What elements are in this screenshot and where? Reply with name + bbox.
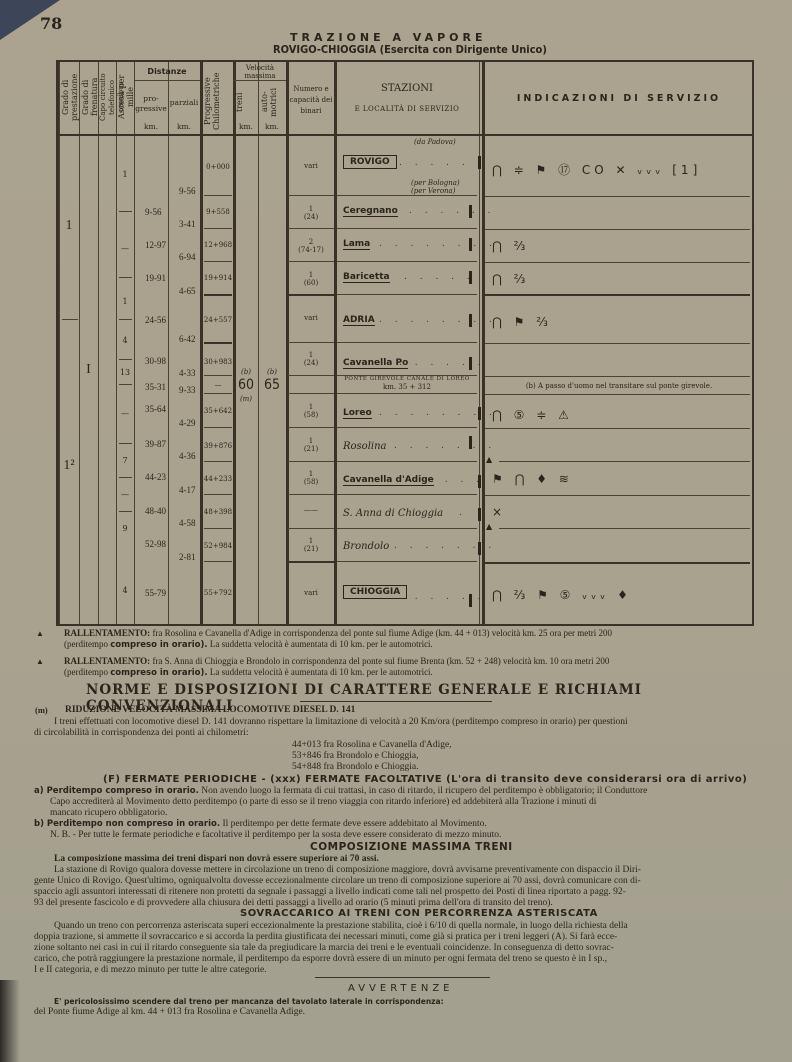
icons-baricetta: ⋂ ⅔ — [492, 272, 529, 286]
velocita-auto-note: (b) — [258, 368, 286, 376]
page-subtitle: ROVIGO-CHIOGGIA (Esercita con Dirigente … — [273, 43, 547, 56]
parziali-km: 3-41 — [179, 219, 196, 229]
station-ceregnano: Ceregnano — [343, 206, 398, 216]
rallentamento-1: RALLENTAMENTO: fra Rosolina e Cavanella … — [64, 628, 784, 651]
ponte-girevole-km: km. 35 + 312 — [337, 383, 477, 391]
header-progressive: pro-gressive — [134, 94, 168, 114]
progressive-km: 19-91 — [145, 273, 166, 283]
progressive-km: 24-56 — [145, 315, 166, 325]
rallentamento-2: RALLENTAMENTO: fra S. Anna di Chioggia e… — [64, 656, 784, 679]
header-velocita: Velocità massima — [234, 64, 286, 80]
chilometrica: 30+983 — [203, 358, 233, 366]
page-edge-shadow — [0, 980, 20, 1062]
progressive-km: 44-23 — [145, 472, 166, 482]
riduzione-km: 53+846 fra Brondolo e Chioggia, — [292, 751, 418, 762]
composizione-heading: COMPOSIZIONE MASSIMA TRENI — [310, 841, 513, 853]
progressive-km: 9-56 — [145, 207, 162, 217]
progressive-km: 35-31 — [145, 382, 166, 392]
header-km-auto: km. — [258, 122, 286, 132]
chilometrica: 35+642 — [203, 407, 233, 415]
header-km-progressive: km. — [134, 122, 168, 132]
fermate-heading: (F) FERMATE PERIODICHE - (xxx) FERMATE F… — [103, 774, 747, 785]
triangle-marker-icon: ▲ — [486, 522, 492, 531]
composizione-line: La stazione di Rovigo qualora dovesse me… — [54, 865, 792, 876]
grado-prestazione-1: 1 — [59, 218, 79, 234]
note-per-verona: (per Verona) — [411, 187, 455, 195]
chilometrica: 24+557 — [203, 316, 233, 324]
binari-ceregnano: 1(24) — [288, 205, 334, 221]
velocita-treni: 60 — [234, 377, 258, 393]
riduzione-title: RIDUZIONE VELOCITÀ MASSIMA LOCOMOTIVE DI… — [65, 705, 355, 716]
icons-adria: ⋂ ⚑ ⅔ — [492, 315, 552, 329]
header-ascesa: Ascesa per mille — [117, 66, 133, 128]
parziali-km: 4-29 — [179, 418, 196, 428]
velocita-automotrici: 65 — [258, 377, 286, 393]
grado-prestazione-2: 1² — [59, 458, 79, 474]
ascesa-value: 4 — [116, 336, 134, 345]
chilometrica: 9+558 — [203, 208, 233, 216]
ascesa-value: — — [116, 244, 134, 253]
fermate-line: Capo accrediterà al Movimento detto perd… — [50, 797, 790, 808]
triangle-marker-icon: ▲ — [36, 656, 44, 667]
station-rosolina: Rosolina — [343, 441, 387, 452]
avvertenze-line: del Ponte fiume Adige al km. 44 + 013 fr… — [34, 1007, 305, 1018]
ponte-girevole-note: (b) A passo d'uomo nel transitare sul po… — [485, 382, 753, 390]
station-rovigo: ROVIGO — [343, 157, 397, 167]
binari-s-anna: —— — [288, 506, 334, 514]
header-progressive-chilometriche: Progressive Chilometriche — [203, 70, 231, 132]
page-number: 78 — [40, 14, 62, 33]
ponte-girevole: PONTE GIREVOLE CANALE DI LOREO — [337, 376, 477, 382]
sovraccarico-line: carico, che potrà raggiungere la prestaz… — [34, 954, 792, 965]
riduzione-line: I treni effettuati con locomotive diesel… — [54, 717, 792, 728]
binari-loreo: 1(58) — [288, 403, 334, 419]
sovraccarico-line: doppia trazione, si ammette il sovraccar… — [34, 932, 792, 943]
ascesa-value: — — [116, 409, 134, 418]
chilometrica: 44+233 — [203, 475, 233, 483]
station-loreo: Loreo — [343, 408, 372, 418]
parziali-km: 4-33 — [179, 368, 196, 378]
ascesa-value: — — [116, 490, 134, 499]
header-grado-prestazione: Grado di prestazione — [61, 66, 77, 128]
icons-lama: ⋂ ⅔ — [492, 239, 529, 253]
chilometrica: 0+000 — [203, 163, 233, 171]
icons-s-anna: × — [492, 505, 506, 519]
riduzione-km: 54+848 fra Brondolo e Chioggia. — [292, 762, 418, 773]
progressive-km: 35-64 — [145, 404, 166, 414]
sovraccarico-line: Quando un treno con percorrenza asterisc… — [54, 921, 792, 932]
station-brondolo: Brondolo — [343, 541, 389, 552]
ascesa-value: 7 — [116, 456, 134, 465]
header-distanze: Distanze — [134, 67, 200, 77]
header-parziali: parziali — [168, 98, 200, 108]
progressive-km: 52-98 — [145, 539, 166, 549]
note-per-bologna: (per Bologna) — [411, 179, 460, 187]
icons-chioggia: ⋂ ⅔ ⚑ ⑤ ᵥᵥᵥ ♦ — [492, 588, 632, 602]
chilometrica: 12+968 — [203, 241, 233, 249]
binari-brondolo: 1(21) — [288, 537, 334, 553]
sovraccarico-heading: SOVRACCARICO AI TRENI CON PERCORRENZA AS… — [240, 908, 598, 919]
parziali-km: 9-56 — [179, 186, 196, 196]
grado-frenatura: I — [79, 362, 98, 378]
binari-lama: 2(74-17) — [288, 238, 334, 254]
station-chioggia: CHIOGGIA — [343, 587, 407, 597]
timetable-grid: Grado di prestazione Grado di frenatura … — [56, 60, 754, 626]
fermate-nb: N. B. - Per tutte le fermate periodiche … — [50, 830, 790, 841]
station-adria: ADRIA — [343, 315, 375, 325]
avvertenze-heading: AVVERTENZE — [348, 983, 454, 994]
header-localita: E LOCALITÀ DI SERVIZIO — [337, 104, 477, 114]
header-treni: treni — [235, 84, 257, 120]
chilometrica: 19+914 — [203, 274, 233, 282]
progressive-km: 48-40 — [145, 506, 166, 516]
ascesa-value: 9 — [116, 524, 134, 533]
header-km-parziali: km. — [168, 122, 200, 132]
ascesa-value: 13 — [116, 368, 134, 377]
document-page: 78 TRAZIONE A VAPORE ROVIGO-CHIOGGIA (Es… — [0, 0, 792, 1062]
chilometrica: 55+792 — [203, 589, 233, 597]
triangle-marker-icon: ▲ — [486, 455, 492, 464]
parziali-km: 4-36 — [179, 451, 196, 461]
parziali-km: 2-81 — [179, 552, 196, 562]
header-capo-circuito: Capo circuito telefonico omnibus — [99, 64, 115, 130]
velocita-treni-sub: (m) — [234, 395, 258, 403]
icons-cavanella-adige: ⚑ ⋂ ♦ ≋ — [492, 472, 573, 486]
ascesa-value: 1 — [116, 170, 134, 179]
chilometrica: — — [203, 381, 233, 389]
binari-cavanella-adige: 1(58) — [288, 470, 334, 486]
parziali-km: 9-33 — [179, 385, 196, 395]
icons-loreo: ⋂ ⑤ ≑ ⚠ — [492, 408, 573, 422]
sovraccarico-line: I e II categoria, e di mezzo minuto per … — [34, 965, 792, 976]
progressive-km: 30-98 — [145, 356, 166, 366]
triangle-marker-icon: ▲ — [36, 628, 44, 639]
progressive-km: 12-97 — [145, 240, 166, 250]
header-indicazioni: INDICAZIONI DI SERVIZIO — [485, 94, 753, 104]
chilometrica: 52+984 — [203, 542, 233, 550]
station-s-anna-di-chioggia: S. Anna di Chioggia — [343, 508, 443, 519]
chilometrica: 48+398 — [203, 508, 233, 516]
note-da-padova: (da Padova) — [414, 138, 456, 146]
binari-cavanella-po: 1(24) — [288, 351, 334, 367]
riduzione-line: di circolabilità in corrispondenza dei p… — [34, 728, 774, 739]
parziali-km: 6-94 — [179, 252, 196, 262]
binari-rovigo: vari — [288, 162, 334, 170]
header-grado-frenatura: Grado di frenatura — [81, 66, 97, 128]
ascesa-value: 4 — [116, 586, 134, 595]
icons-rovigo: ⋂ ≑ ⚑ ⑰ CO ✕ ᵥᵥᵥ [1] — [492, 161, 701, 178]
binari-chioggia: vari — [288, 589, 334, 597]
sovraccarico-line: zione soltanto nei casi in cui il ritard… — [34, 943, 792, 954]
parziali-km: 4-65 — [179, 286, 196, 296]
velocita-treni-note: (b) — [234, 368, 258, 376]
composizione-line: gente Unico di Rovigo. Quest'ultimo, ogn… — [34, 876, 792, 887]
header-automotrici: auto-motrici — [260, 84, 284, 120]
composizione-line: La composizione massima dei treni dispar… — [54, 854, 792, 865]
composizione-line: spaccio agli assuntori interessati di ri… — [34, 887, 792, 898]
header-km-treni: km. — [234, 122, 258, 132]
riduzione-marker: (m) — [35, 705, 48, 716]
binari-baricetta: 1(60) — [288, 271, 334, 287]
parziali-km: 4-58 — [179, 518, 196, 528]
progressive-km: 55-79 — [145, 588, 166, 598]
station-cavanella-adige: Cavanella d'Adige — [343, 475, 434, 485]
ascesa-value: 1 — [116, 297, 134, 306]
avvertenze-line: E' pericolosissimo scendere dal treno pe… — [54, 996, 444, 1007]
chilometrica: 39+876 — [203, 442, 233, 450]
header-binari: Numero e capacità dei binari — [288, 84, 334, 117]
binari-adria: vari — [288, 314, 334, 322]
station-lama: Lama — [343, 239, 370, 249]
parziali-km: 4-17 — [179, 485, 196, 495]
riduzione-km: 44+013 fra Rosolina e Cavanella d'Adige, — [292, 740, 452, 751]
fermate-line: mancato ricupero obbligatorio. — [50, 808, 167, 819]
header-stazioni: STAZIONI — [337, 84, 477, 94]
progressive-km: 39-87 — [145, 439, 166, 449]
parziali-km: 6-42 — [179, 334, 196, 344]
binari-rosolina: 1(21) — [288, 437, 334, 453]
station-baricetta: Baricetta — [343, 272, 390, 282]
